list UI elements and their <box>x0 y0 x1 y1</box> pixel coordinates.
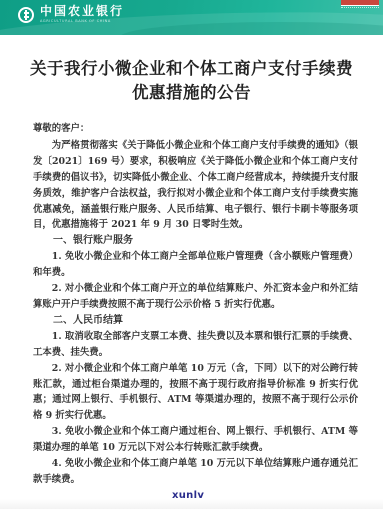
document-title: 关于我行小微企业和个体工商户支付手续费 优惠措施的公告 <box>0 57 383 105</box>
bank-header-banner: 中国农业银行 AGRICULTURAL BANK OF CHINA <box>0 0 383 35</box>
title-line-1: 关于我行小微企业和个体工商户支付手续费 <box>30 59 353 78</box>
title-line-2: 优惠措施的公告 <box>132 83 251 102</box>
corner-badge <box>341 0 379 6</box>
list-item: 2. 对小微企业和个体工商户单笔 10 万元（含，下同）以下的对公跨行转账汇款，… <box>33 361 358 425</box>
abc-logo-icon <box>18 7 34 23</box>
salutation: 尊敬的客户： <box>33 121 358 137</box>
intro-paragraph: 为严格贯彻落实《关于降低小微企业和个体工商户支付手续费的通知》（银发〔2021〕… <box>33 138 358 233</box>
document-body: 尊敬的客户： 为严格贯彻落实《关于降低小微企业和个体工商户支付手续费的通知》（银… <box>33 121 358 488</box>
bank-name-en: AGRICULTURAL BANK OF CHINA <box>40 19 124 24</box>
bank-logo: 中国农业银行 AGRICULTURAL BANK OF CHINA <box>18 5 124 24</box>
watermark: xunlv <box>172 490 204 501</box>
list-item: 2. 对小微企业和个体工商户开立的单位结算账户、外汇资本金户和外汇结算账户开户手… <box>33 281 358 313</box>
list-item: 1. 取消收取全部客户支票工本费、挂失费以及本票和银行汇票的手续费、工本费、挂失… <box>33 329 358 361</box>
list-item: 1. 免收小微企业和个体工商户全部单位账户管理费（含小额账户管理费）和年费。 <box>33 249 358 281</box>
list-item: 3. 免收小微企业和个体工商户通过柜台、网上银行、手机银行、ATM 等渠道办理的… <box>33 424 358 456</box>
corner-dotted-line <box>341 7 379 9</box>
section-heading-account-services: 一、银行账户服务 <box>33 233 358 249</box>
bank-name-cn: 中国农业银行 <box>40 5 124 18</box>
section-heading-rmb-settlement: 二、人民币结算 <box>33 313 358 329</box>
list-item: 4. 免收小微企业和个体工商户单笔 10 万元以下单位结算账户通存通兑汇款手续费… <box>33 456 358 488</box>
